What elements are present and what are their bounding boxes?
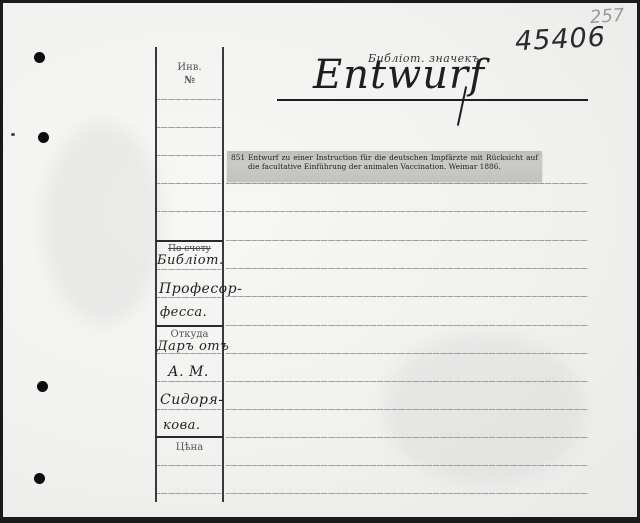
ruled-line xyxy=(226,211,588,212)
ruled-line xyxy=(226,183,588,184)
origin-value-line: Даръ отъ xyxy=(157,339,229,354)
clipping-text: 851 Entwurf zu einer Instruction für die… xyxy=(231,153,538,171)
source-value-line: фесса. xyxy=(160,305,207,320)
source-value-line: Професор- xyxy=(159,281,242,297)
title-underline xyxy=(277,99,588,101)
ruled-line xyxy=(226,268,588,269)
origin-value-line: А. М. xyxy=(168,364,209,380)
inventory-number: 45406 xyxy=(514,22,606,58)
ruled-line xyxy=(226,296,588,297)
source-value-line: Библiот. xyxy=(157,253,224,268)
ruled-line xyxy=(226,409,588,410)
handwritten-title: Entwurf xyxy=(313,52,485,98)
punch-hole xyxy=(34,473,45,484)
ruled-line xyxy=(226,437,588,438)
punch-hole xyxy=(34,52,45,63)
clipping-entry-number: 851 xyxy=(231,153,245,162)
pasted-clipping: 851 Entwurf zu einer Instruction für die… xyxy=(227,151,542,182)
left-column-border xyxy=(222,47,224,502)
ruled-line xyxy=(226,240,588,241)
punch-hole xyxy=(37,381,48,392)
ruled-line xyxy=(157,269,221,270)
ruled-line xyxy=(157,353,221,354)
ruled-line xyxy=(157,381,221,382)
punch-hole xyxy=(38,132,49,143)
ruled-line xyxy=(226,325,588,326)
section-divider xyxy=(156,240,223,242)
ruled-line xyxy=(157,183,221,184)
section-divider xyxy=(156,436,223,438)
ruled-line xyxy=(226,493,588,494)
ruled-line xyxy=(157,465,221,466)
clipping-body: Entwurf zu einer Instruction für die deu… xyxy=(231,153,538,171)
ruled-line xyxy=(157,493,221,494)
section-divider xyxy=(156,325,223,327)
ruled-line xyxy=(157,297,221,298)
origin-value-line: Сидоря- xyxy=(160,392,224,408)
ruled-line xyxy=(157,409,221,410)
ruled-line xyxy=(157,99,221,100)
ruled-line xyxy=(226,353,588,354)
ruled-line xyxy=(157,211,221,212)
speck xyxy=(11,133,15,136)
inv-label: Инв. xyxy=(157,62,222,73)
price-label: Цѣна xyxy=(157,442,222,453)
water-stain xyxy=(43,123,163,323)
ruled-line xyxy=(226,381,588,382)
number-sign-label: № xyxy=(157,75,222,86)
water-stain xyxy=(383,333,583,483)
ruled-line xyxy=(157,155,221,156)
left-column-border xyxy=(155,47,157,502)
ruled-line xyxy=(226,465,588,466)
origin-value-line: кова. xyxy=(163,418,201,433)
ruled-line xyxy=(157,127,221,128)
